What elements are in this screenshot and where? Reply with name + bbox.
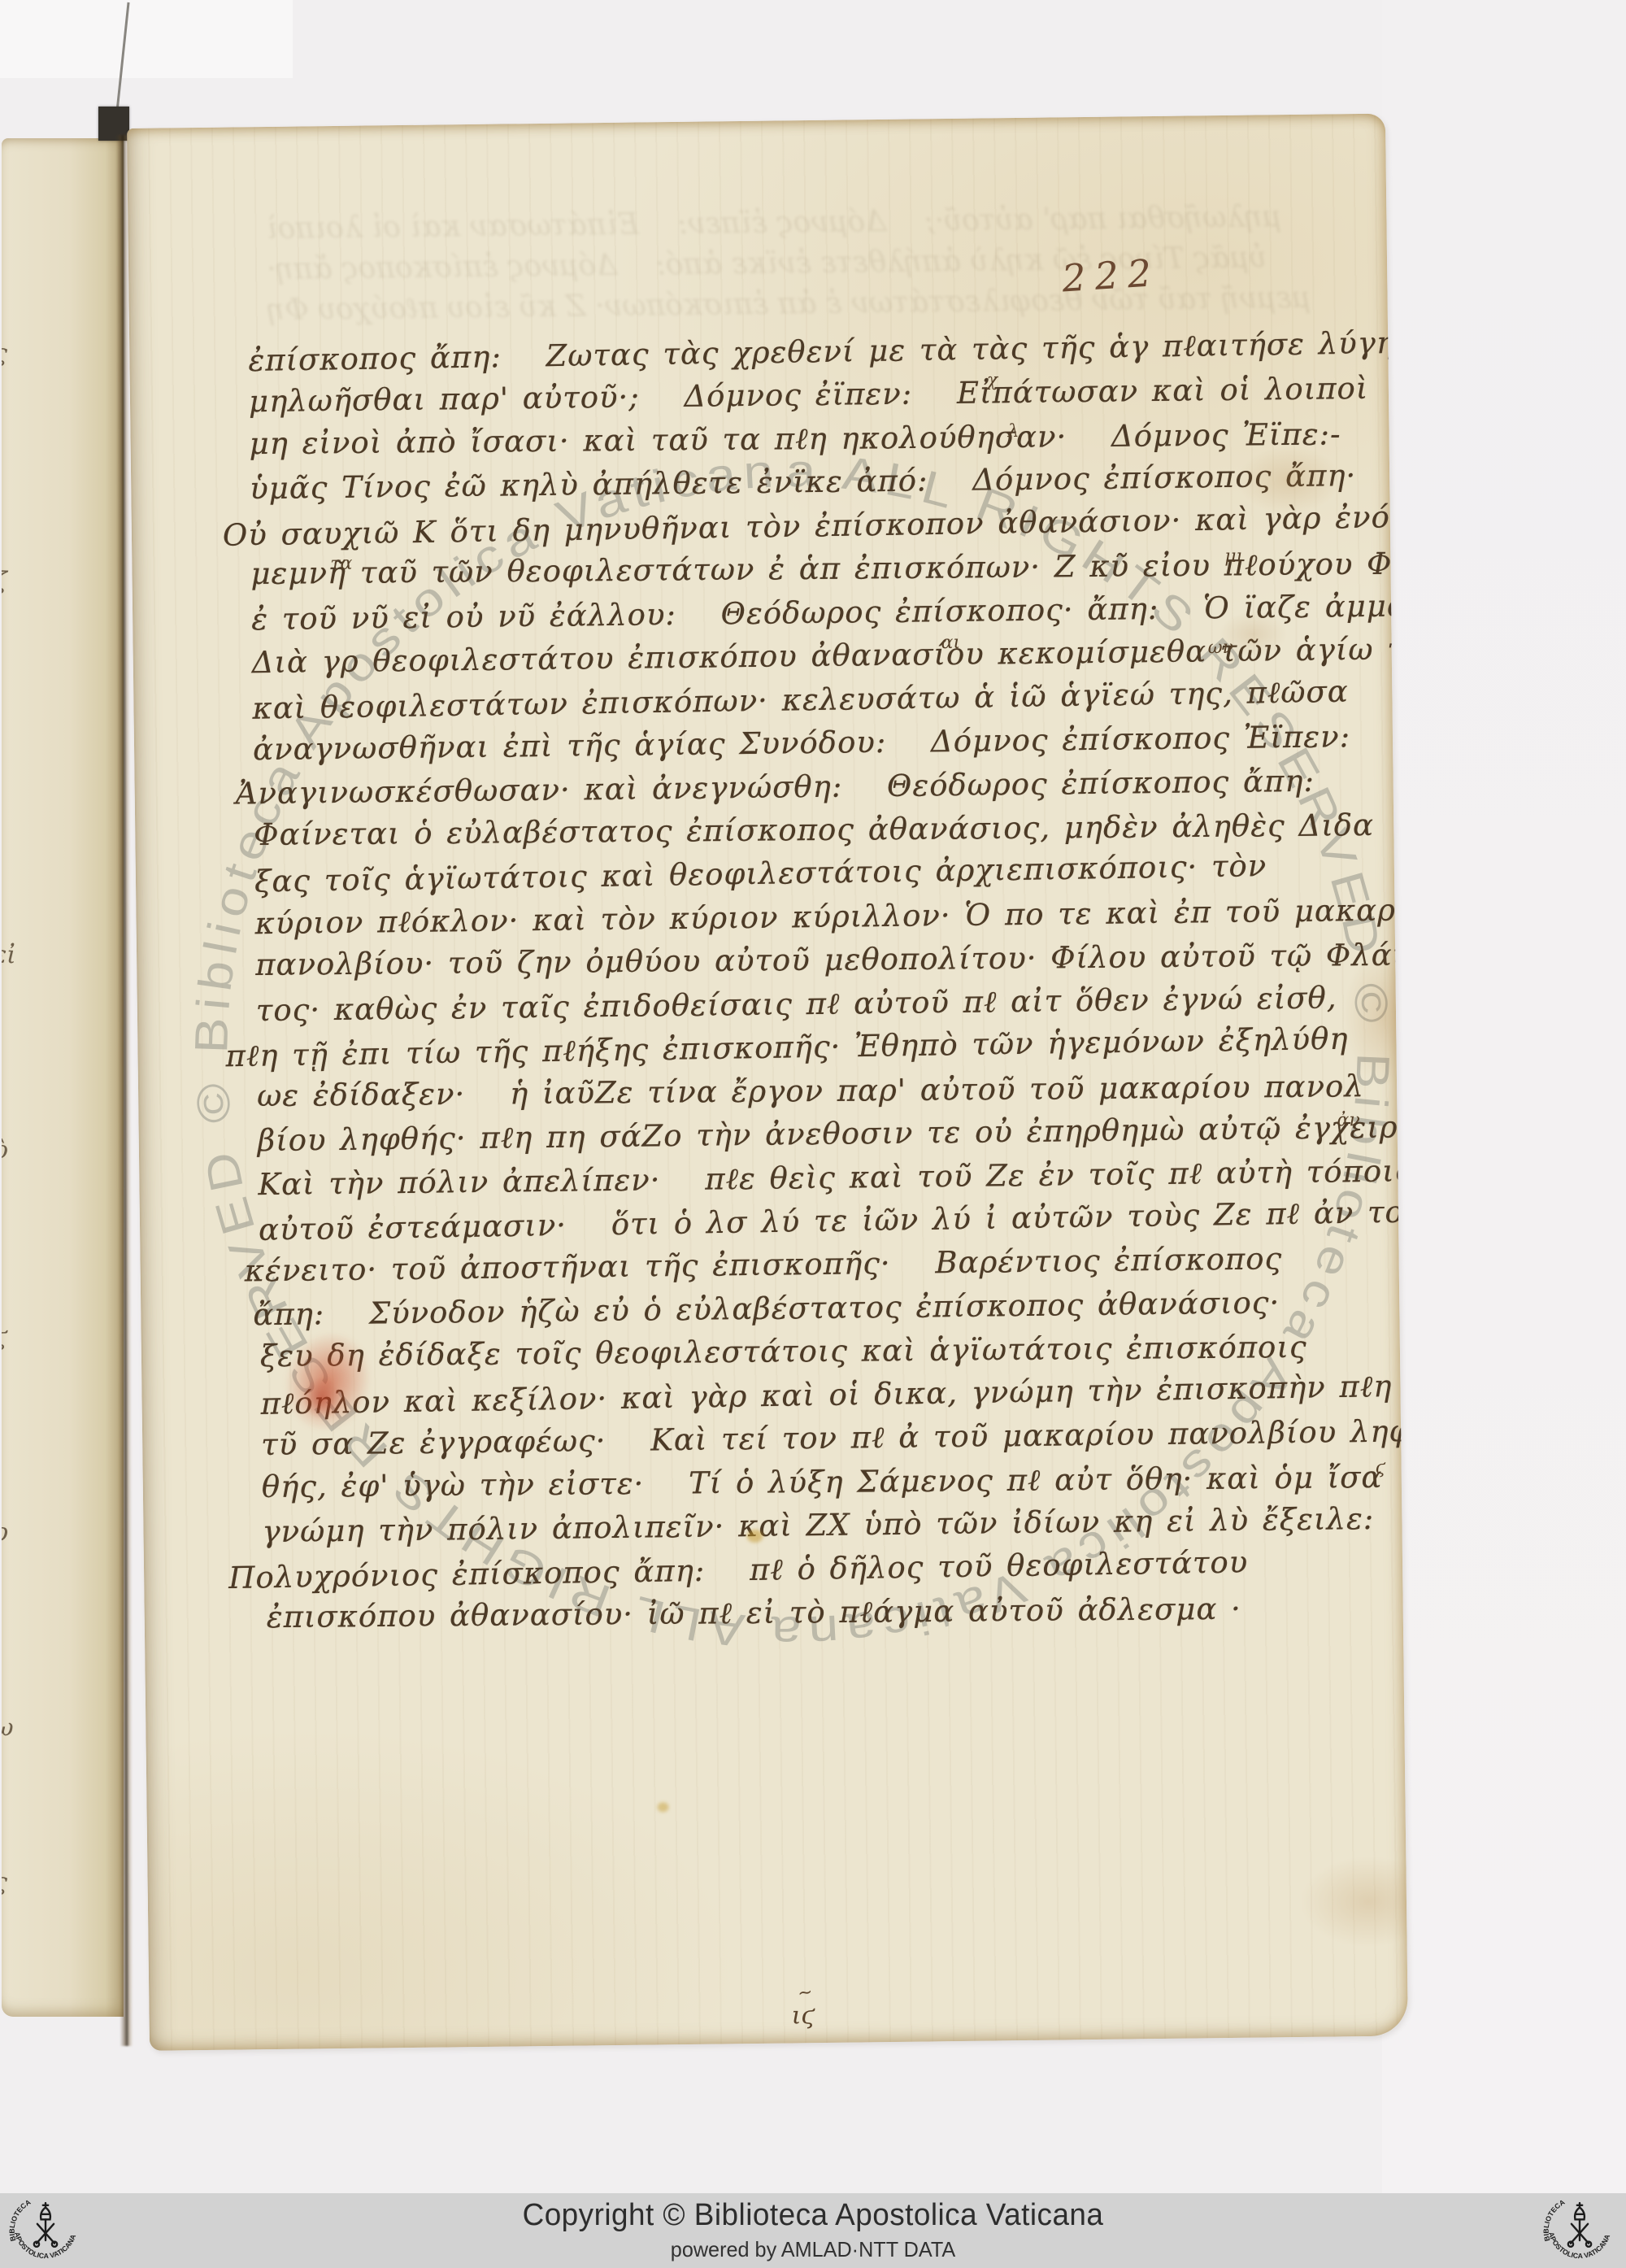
- red-ink-stain-core: [302, 1377, 341, 1420]
- interlinear-mark: τα: [330, 555, 352, 573]
- manuscript-line: Οὐ σαυχιῶ Κ ὅτι δη μηνυθῆναι τὸν ἐπίσκοπ…: [223, 499, 1408, 551]
- manuscript-line: Φαίνεται ὁ εὐλαβέστατος ἐπίσκοπος ἀθανάσ…: [254, 810, 1374, 850]
- facing-page-text-fragment: ς: [2, 342, 7, 367]
- paper-stain: [657, 1802, 668, 1812]
- interlinear-mark: χ: [987, 372, 998, 390]
- manuscript-line: τῦ σα Ζε ἐγγραφέως· Καὶ τεί τον πℓ ἀ τοῦ…: [261, 1417, 1408, 1460]
- manuscript-line: πℓόηλον καὶ κεξίλον· καὶ γὰρ καὶ οἱ δικα…: [260, 1371, 1392, 1419]
- facing-page-edge: ςζὶεἰὸϛρως: [2, 138, 124, 2017]
- manuscript-line: αὐτοῦ ἐστεάμασιν· ὅτι ὁ λσ λύ τε ἰῶν λύ …: [259, 1196, 1408, 1244]
- manuscript-line: ξας τοῖς ἁγϊωτάτοις καὶ θεοφιλεστάτοις ἀ…: [254, 851, 1267, 897]
- facing-page-text-fragment: εἰ: [2, 943, 16, 969]
- manuscript-line: κένειτο· τοῦ ἀποστῆναι τῆς ἐπισκοπῆς· Βα…: [244, 1244, 1282, 1286]
- interlinear-mark: λ: [1007, 423, 1019, 441]
- facing-page-text-fragment: ζ: [2, 569, 7, 594]
- verso-show-through: μεμνῆ ταῦ τῶν θεοφιλεστάτων ἐ ἁπ ἐπισκόπ…: [267, 284, 1311, 325]
- crossed-keys-tiara-icon: [34, 2203, 57, 2247]
- manuscript-line: ἐπισκόπου ἀθανασίου· ἰῶ πℓ εἰ τὸ πℓάγμα …: [267, 1594, 1241, 1632]
- manuscript-line: ωε ἐδίδαξεν· ἡ ἰαῦΖε τίνα ἔργον παρ' αὐτ…: [257, 1071, 1364, 1111]
- manuscript-line: θής, ἐφ' ὑγὼ τὴν εἰστε· Τί ὁ λύξη Σάμενο…: [262, 1462, 1383, 1502]
- crossed-keys-tiara-icon: [1568, 2203, 1591, 2247]
- verso-show-through: ὑμᾶς Τίνος ἐῶ κηλὺ ἀπήλθετε ἐνϊκε ἀπό: Δ…: [267, 243, 1267, 285]
- manuscript-line: καὶ θεοφιλεστάτων ἐπισκόπων· κελευσάτω ἁ…: [252, 676, 1349, 723]
- interlinear-mark: ων: [1208, 639, 1234, 657]
- copyright-text: Copyright © Biblioteca Apostolica Vatica…: [24, 2198, 1602, 2233]
- scanner-background-highlight: [0, 0, 293, 78]
- manuscript-line: βίου ληφθής· πℓη πη σάΖο τὴν ἀνεθοσιν τε…: [258, 1112, 1398, 1156]
- facing-page-text-fragment: ὸ: [2, 1138, 9, 1164]
- facing-page-text-fragment: ς: [2, 1870, 7, 1896]
- manuscript-page: a ALL RIGHTS RESERVED © Biblioteca Apost…: [127, 114, 1408, 2051]
- vatican-library-seal-icon: APOSTOLICA VATICANA BIBLIOTECA: [8, 2194, 83, 2268]
- manuscript-line: ἀναγνωσθῆναι ἐπὶ τῆς ἁγίας Συνόδου: Δόμν…: [253, 721, 1350, 764]
- facing-page-text-fragment: ρ: [2, 1521, 8, 1546]
- manuscript-line: ἐ τοῦ νῦ εἰ οὐ νῦ ἐάλλου: Θεόδωρος ἐπίσκ…: [251, 590, 1408, 634]
- verso-show-through: μηλωῆσθαι παρ' αὐτοῦ·; Δόμνος ἐϊπεν: Εἰπ…: [266, 202, 1281, 244]
- footer-bar: Copyright © Biblioteca Apostolica Vatica…: [0, 2193, 1626, 2268]
- manuscript-line: Πολυχρόνιος ἐπίσκοπος ἄπη: πℓ ὁ δῆλος το…: [228, 1547, 1249, 1593]
- manuscript-line: γνώμη τὴν πόλιν ἀπολιπεῖν· καὶ ΖΧ ὑπὸ τῶ…: [262, 1504, 1374, 1547]
- quire-signature-tilde: ~: [797, 1983, 815, 2004]
- powered-by-text: powered by AMLAD·NTT DATA: [24, 2237, 1602, 2262]
- manuscript-line: πανολβίου· τοῦ ζην ὀμθύου αὐτοῦ μεθοπολί…: [255, 940, 1408, 980]
- manuscript-line: Καὶ τὴν πόλιν ἀπελίπεν· πℓε θεὶς καὶ τοῦ…: [258, 1156, 1408, 1199]
- text-block: μηλωῆσθαι παρ' αὐτοῦ·; Δόμνος ἐϊπεν: Εἰπ…: [127, 114, 1408, 2051]
- interlinear-mark: ἀν: [1337, 1112, 1359, 1130]
- manuscript-line: πℓη τῇ ἐπι τίω τῆς πℓήξης ἐπισκοπῆς· Ἐθη…: [225, 1024, 1348, 1072]
- manuscript-line: Διὰ γρ θεοφιλεστάτου ἐπισκόπου ἀθανασίου…: [252, 633, 1408, 677]
- manuscript-line: ἄπη: Σύνοδον ἡζὼ εὐ ὁ εὐλαβέστατος ἐπίσκ…: [253, 1287, 1280, 1330]
- facing-page-text-fragment: ϛ: [2, 1326, 7, 1351]
- interlinear-mark: αι: [941, 634, 960, 652]
- interlinear-mark: μι: [1224, 548, 1243, 566]
- facing-page-text-fragment: ὶ: [2, 756, 3, 781]
- manuscript-line: ἐπίσκοπος ἄπη: Ζωτας τὰς χρεθενί με τὰ τ…: [248, 328, 1408, 376]
- manuscript-line: ὑμᾶς Τίνος ἐῶ κηλὺ ἀπήλθετε ἐνϊκε ἀπό: Δ…: [250, 460, 1356, 503]
- manuscript-line: ξευ δη ἐδίδαξε τοῖς θεοφιλεστάτοις καὶ ἁ…: [260, 1332, 1307, 1371]
- interlinear-mark: ϛ: [1376, 1460, 1386, 1478]
- manuscript-line: τος· καθὼς ἐν ταῖς ἐπιδοθείσαις πℓ αὐτοῦ…: [256, 982, 1337, 1025]
- vatican-library-seal-icon: APOSTOLICA VATICANA BIBLIOTECA: [1542, 2194, 1617, 2268]
- quire-signature: ιϛ: [791, 2004, 815, 2028]
- manuscript-line: Ἀναγινωσκέσθωσαν· καὶ ἀνεγνώσθη: Θεόδωρο…: [235, 765, 1315, 808]
- manuscript-line: μη εἰνοὶ ἀπὸ ἴσασι· καὶ ταῦ τα πℓη ηκολο…: [249, 419, 1341, 459]
- scanner-background: [1382, 0, 1626, 2196]
- manuscript-line: μηλωῆσθαι παρ' αὐτοῦ·; Δόμνος ἐϊπεν: Εἰπ…: [249, 373, 1369, 416]
- facing-page-text-fragment: ω: [2, 1716, 14, 1741]
- manuscript-line: κύριον πℓόκλον· καὶ τὸν κύριον κύριλλον·…: [254, 895, 1396, 938]
